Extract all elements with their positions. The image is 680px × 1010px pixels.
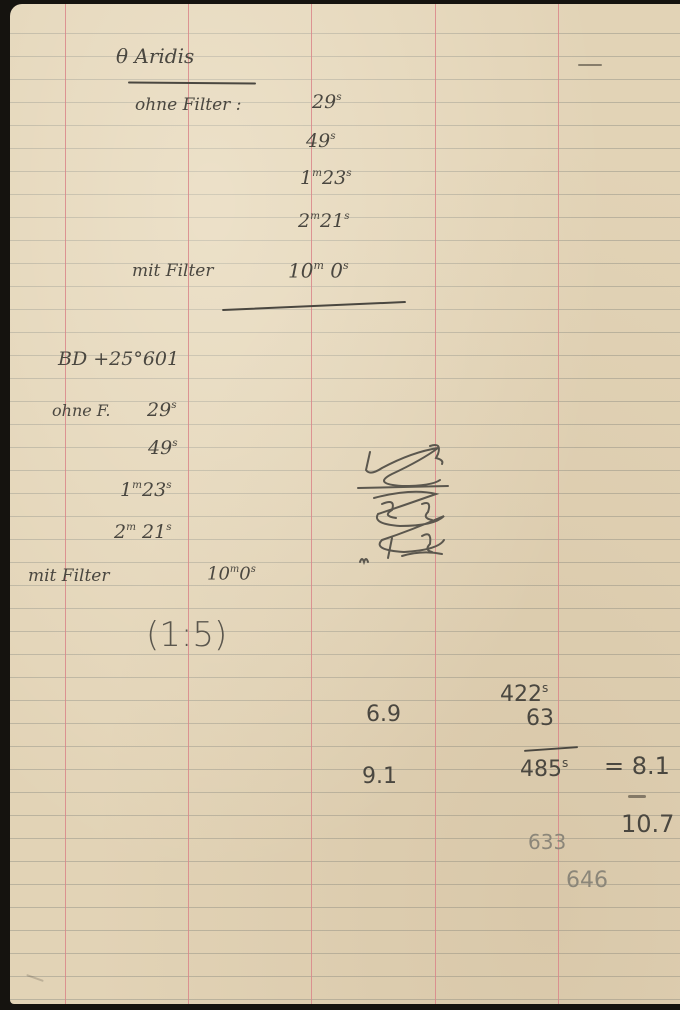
right-sum-add: 63: [526, 708, 554, 730]
section1-time-4: 2m21s: [298, 211, 350, 231]
section2-mit-label: mit Filter: [28, 568, 109, 585]
middle-value-2: 9.1: [362, 766, 397, 788]
top-right-pencil-dash: [578, 64, 602, 66]
notebook-page: [10, 4, 680, 1004]
right-sum-top: 422s: [500, 682, 548, 706]
margin-line-2: [188, 4, 189, 1004]
section2-ratio: (1:5): [146, 618, 227, 652]
margin-line-3: [311, 4, 312, 1004]
right-sum-result: 485s: [520, 757, 568, 781]
section2-time-4: 2m 21s: [114, 522, 172, 542]
section1-time-3: 1m23s: [300, 168, 352, 188]
section1-ohne-label: ohne Filter :: [135, 97, 241, 114]
section1-mit-time: 10m 0s: [288, 260, 349, 280]
margin-line-1: [65, 4, 66, 1004]
section1-title: θ Aridis: [116, 46, 194, 66]
right-light-value-1: 633: [528, 832, 566, 852]
right-equals-mark: [628, 795, 646, 798]
section2-title: BD +25°601: [58, 350, 179, 369]
right-second-value: 10.7: [621, 812, 674, 836]
right-equals-value: = 8.1: [604, 754, 670, 778]
section2-time-1: 29s: [147, 400, 177, 420]
right-light-value-2: 646: [566, 870, 608, 892]
section2-time-3: 1m23s: [120, 480, 172, 500]
section2-mit-time: 10m0s: [207, 565, 256, 583]
crossed-out-scribble: [352, 440, 462, 580]
section2-ohne-label: ohne F.: [52, 403, 111, 419]
section2-time-2: 49s: [148, 438, 178, 458]
section1-time-1: 29s: [312, 92, 342, 112]
margin-line-5: [558, 4, 559, 1004]
section1-time-2: 49s: [306, 131, 336, 151]
middle-value-1: 6.9: [366, 704, 401, 726]
section1-mit-label: mit Filter: [132, 263, 213, 280]
